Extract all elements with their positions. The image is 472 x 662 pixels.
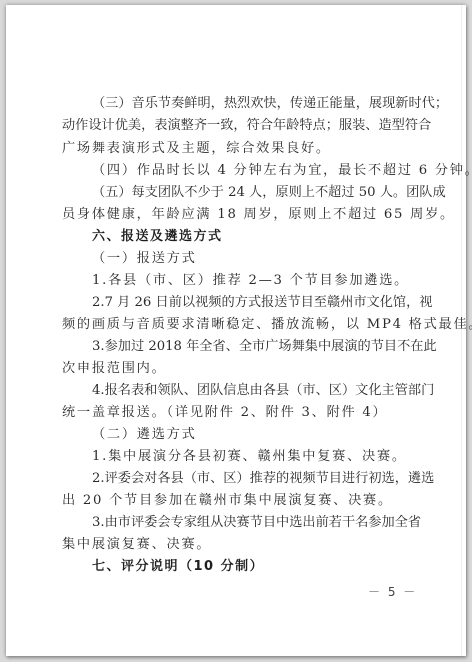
document-page: （三）音乐节奏鲜明，热烈欢快，传递正能量，展现新时代； 动作设计优美，表演整齐一… [6, 5, 466, 656]
paragraph-line: 3.参加过 2018 年全省、全市广场舞集中展演的节目不在此 [92, 336, 412, 358]
paragraph-line: 4.报名表和领队、团队信息由各县（市、区）文化主管部门 [92, 380, 412, 402]
paragraph-line: 2.7 月 26 日前以视频的方式报送节目至赣州市文化馆，视 [92, 292, 412, 314]
paragraph-line: 广场舞表演形式及主题，综合效果良好。 [62, 138, 407, 160]
paragraph-line: 1.集中展演分各县初赛、赣州集中复赛、决赛。 [92, 446, 412, 468]
paragraph-line: 1.各县（市、区）推荐 2—3 个节目参加遴选。 [92, 270, 412, 292]
paragraph-line: 动作设计优美，表演整齐一致，符合年龄特点；服装、造型符合 [62, 115, 407, 137]
section-heading-six: 六、报送及遴选方式 [92, 226, 437, 248]
page-number: － 5 － [368, 583, 417, 600]
paragraph-line: （三）音乐节奏鲜明，热烈欢快，传递正能量，展现新时代； [92, 93, 412, 115]
section-heading-seven: 七、评分说明（10 分制） [92, 556, 437, 578]
paragraph-line: 员身体健康，年龄应满 18 周岁，原则上不超过 65 周岁。 [62, 204, 407, 226]
paragraph-line: （五）每支团队不少于 24 人，原则上不超过 50 人。团队成 [92, 182, 412, 204]
paragraph-line: 3.由市评委会专家组从决赛节目中选出前若干名参加全省 [92, 512, 412, 534]
paragraph-line: 统一盖章报送。（详见附件 2、附件 3、附件 4） [62, 402, 407, 424]
paragraph-line: 2.评委会对各县（市、区）推荐的视频节目进行初选，遴选 [92, 468, 412, 490]
paragraph-line: 出 20 个节目参加在赣州市集中展演复赛、决赛。 [62, 490, 407, 512]
paragraph-line: 次申报范围内。 [62, 358, 407, 380]
paragraph-line: （四）作品时长以 4 分钟左右为宜，最长不超过 6 分钟。 [92, 160, 412, 182]
subsection-heading: （一）报送方式 [92, 248, 412, 270]
paragraph-line: 集中展演复赛、决赛。 [62, 534, 407, 556]
subsection-heading: （二）遴选方式 [92, 424, 412, 446]
paragraph-line: 频的画质与音质要求清晰稳定、播放流畅，以 MP4 格式最佳。 [62, 314, 407, 336]
